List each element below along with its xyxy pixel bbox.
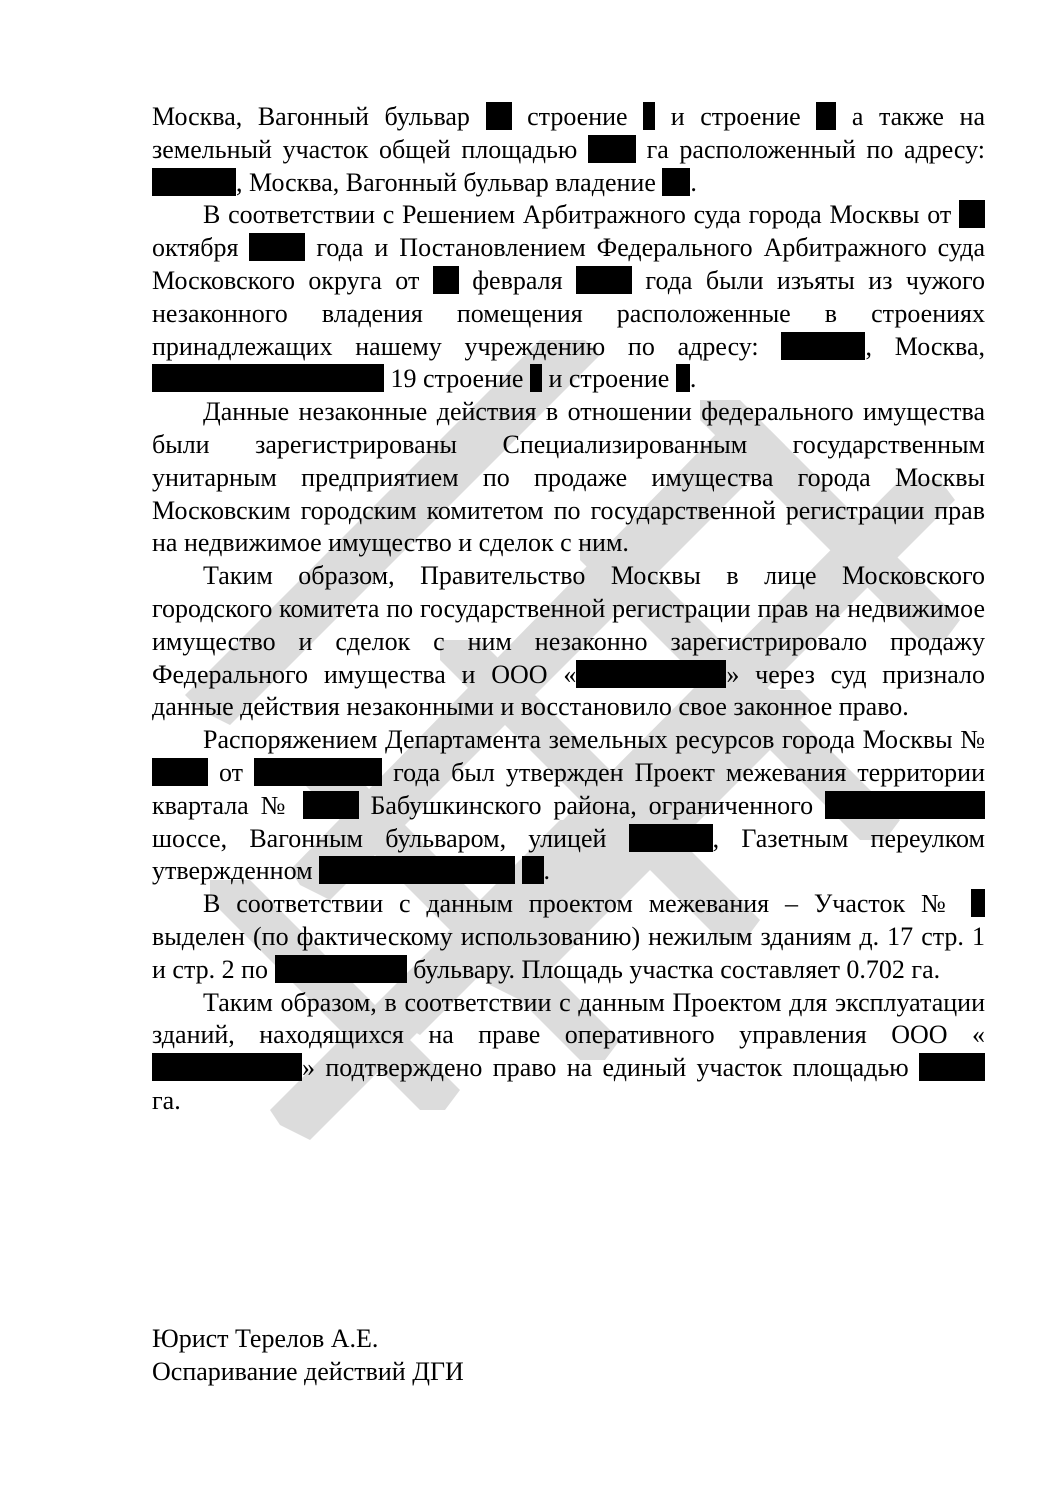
redaction-box <box>576 660 726 688</box>
redaction-box <box>254 758 382 786</box>
redaction-box <box>530 364 542 392</box>
paragraph-4: Таким образом, Правительство Москвы в ли… <box>152 560 985 724</box>
redaction-box <box>825 791 985 819</box>
redaction-box <box>662 168 690 196</box>
paragraph-7: Таким образом, в соответствии с данным П… <box>152 987 985 1118</box>
redaction-box <box>816 102 836 130</box>
redaction-box <box>676 364 690 392</box>
paragraph-1: Москва, Вагонный бульвар строение и стро… <box>152 101 985 199</box>
paragraph-2: В соответствии с Решением Арбитражного с… <box>152 199 985 396</box>
document-body: Москва, Вагонный бульвар строение и стро… <box>152 101 985 1118</box>
signature-subject: Оспаривание действий ДГИ <box>152 1355 464 1388</box>
redaction-box <box>152 1053 302 1081</box>
document-page: Москва, Вагонный бульвар строение и стро… <box>0 0 1061 1500</box>
redaction-box <box>919 1053 985 1081</box>
redaction-box <box>643 102 655 130</box>
redaction-box <box>303 791 359 819</box>
redaction-box <box>319 856 515 884</box>
redaction-box <box>152 364 384 392</box>
redaction-box <box>152 758 208 786</box>
redaction-box <box>781 332 865 360</box>
signature-block: Юрист Терелов А.Е. Оспаривание действий … <box>152 1322 464 1388</box>
paragraph-5: Распоряжением Департамента земельных рес… <box>152 724 985 888</box>
redaction-box <box>588 135 636 163</box>
redaction-box <box>433 266 459 294</box>
redaction-box <box>275 955 407 983</box>
redaction-box <box>152 168 236 196</box>
redaction-box <box>576 266 632 294</box>
redaction-box <box>522 856 544 884</box>
redaction-box <box>629 824 713 852</box>
redaction-box <box>971 889 985 917</box>
redaction-box <box>249 233 305 261</box>
redaction-box <box>959 200 985 228</box>
redaction-box <box>486 102 512 130</box>
paragraph-6: В соответствии с данным проектом межеван… <box>152 888 985 986</box>
paragraph-3: Данные незаконные действия в отношении ф… <box>152 396 985 560</box>
signature-name: Юрист Терелов А.Е. <box>152 1322 464 1355</box>
